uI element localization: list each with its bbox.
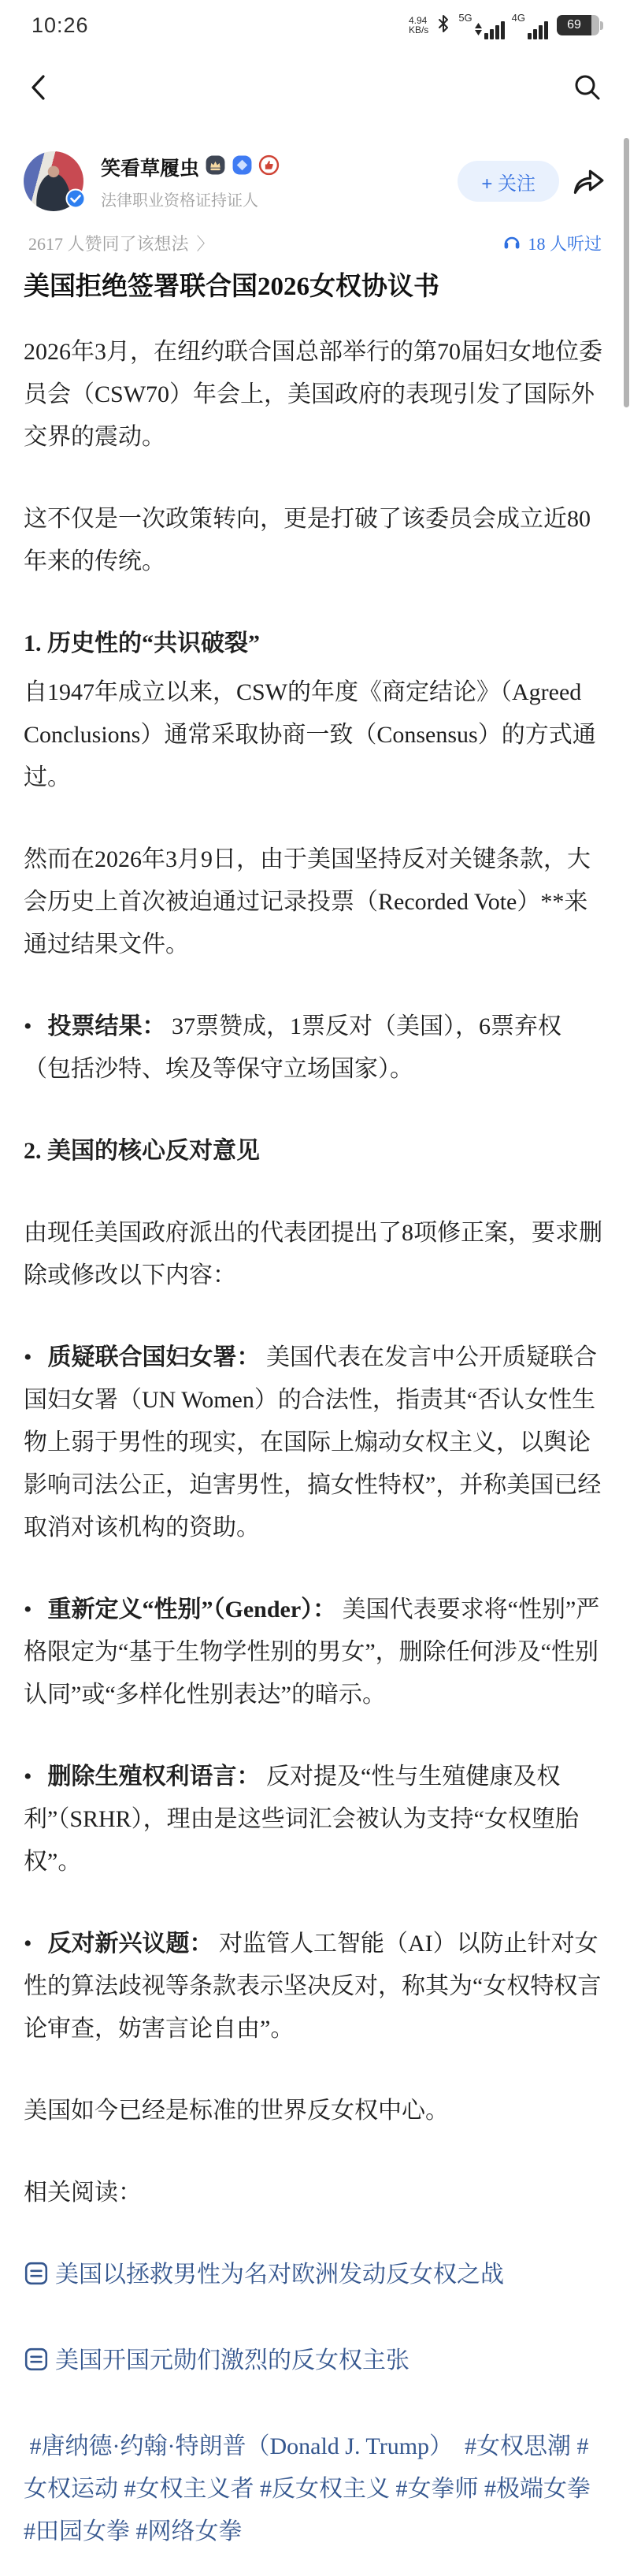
bullet-dot: • <box>24 1931 32 1957</box>
avatar[interactable] <box>24 151 83 211</box>
status-bar: 10:26 4.94 KB/s 5G 4G <box>0 0 630 46</box>
section-heading: 1. 历史性的“共识破裂” <box>24 623 606 665</box>
upvote-count-link[interactable]: 2617 人赞同了该想法 〉 <box>24 230 219 256</box>
net-type-label: 4G <box>512 12 525 24</box>
back-chevron-icon <box>27 72 50 106</box>
article-paragraph: 相关阅读： <box>24 2172 606 2214</box>
diamond-badge-icon <box>232 154 253 180</box>
bullet-label: 删除生殖权利语言： <box>48 1764 261 1790</box>
scrollbar-thumb[interactable] <box>624 138 629 407</box>
author-row: 笑看草履虫 法律职业资格证持证人 + 关注 <box>0 151 630 211</box>
related-link-text: 美国开国元勋们激烈的反女权主张 <box>55 2347 409 2373</box>
related-link[interactable]: 美国开国元勋们激烈的反女权主张 <box>24 2340 606 2386</box>
doc-icon <box>24 2344 49 2386</box>
bullet-item: •反对新兴议题： 对监管人工智能（AI）以防止针对女性的算法歧视等条款表示坚决反… <box>24 1923 606 2050</box>
article-paragraph: 这不仅是一次政策转向，更是打破了该委员会成立近80年来的传统。 <box>24 498 606 583</box>
bullet-dot: • <box>24 1344 32 1370</box>
bullet-item: •质疑联合国妇女署： 美国代表在发言中公开质疑联合国妇女署（UN Women）的… <box>24 1336 606 1549</box>
verified-badge-icon <box>65 188 86 213</box>
bullet-label: 质疑联合国妇女署： <box>48 1344 261 1370</box>
article-paragraph: 2026年3月，在纽约联合国总部举行的第70届妇女地位委员会（CSW70）年会上… <box>24 331 606 459</box>
bullet-item: •删除生殖权利语言： 反对提及“性与生殖健康及权利”（SRHR），理由是这些词汇… <box>24 1756 606 1883</box>
battery-icon: 69 <box>557 15 603 35</box>
bullet-dot: • <box>24 1597 32 1623</box>
battery-percent: 69 <box>557 15 591 35</box>
listen-count-text: 18 人听过 <box>528 231 602 255</box>
bullet-item: •投票结果： 37票赞成，1票反对（美国），6票弃权（包括沙特、埃及等保守立场国… <box>24 1005 606 1091</box>
share-button[interactable] <box>572 165 606 199</box>
clock: 10:26 <box>31 13 89 38</box>
signal-bars-icon <box>484 21 505 39</box>
related-link[interactable]: 美国以拯救男性为名对欧洲发动反女权之战 <box>24 2254 606 2300</box>
nav-bar <box>0 46 630 131</box>
thumb-badge-icon <box>258 154 280 180</box>
article-body: 2026年3月，在纽约联合国总部举行的第70届妇女地位委员会（CSW70）年会上… <box>0 331 630 2553</box>
status-icons: 4.94 KB/s 5G 4G <box>409 12 603 39</box>
hashtags[interactable]: #唐纳德·约翰·特朗普（Donald J. Trump） #女权思潮 #女权运动… <box>24 2425 606 2553</box>
bullet-label: 重新定义“性别”（Gender）： <box>48 1597 337 1623</box>
bluetooth-icon <box>435 13 451 38</box>
upvote-count-text: 2617 人赞同了该想法 <box>28 231 189 255</box>
net-type-label: 5G <box>458 12 472 24</box>
signal-4g: 4G <box>512 12 548 39</box>
signal-5g: 5G <box>458 12 504 39</box>
back-button[interactable] <box>27 72 50 106</box>
author-headline: 法律职业资格证持证人 <box>101 188 458 210</box>
section-heading: 2. 美国的核心反对意见 <box>24 1130 606 1173</box>
article-paragraph: 然而在2026年3月9日，由于美国坚持反对关键条款，大会历史上首次被迫通过记录投… <box>24 838 606 966</box>
bullet-text: 美国代表在发言中公开质疑联合国妇女署（UN Women）的合法性，指责其“否认女… <box>24 1344 601 1541</box>
search-button[interactable] <box>572 72 603 106</box>
related-link-text: 美国以拯救男性为名对欧洲发动反女权之战 <box>55 2262 504 2288</box>
share-arrow-icon <box>572 165 606 199</box>
doc-icon <box>24 2258 49 2300</box>
article-paragraph: 美国如今已经是标准的世界反女权中心。 <box>24 2090 606 2132</box>
bullet-item: •重新定义“性别”（Gender）： 美国代表要求将“性别”严格限定为“基于生物… <box>24 1589 606 1716</box>
crown-badge-icon <box>205 154 226 180</box>
signal-bars-icon <box>528 21 548 39</box>
article-title: 美国拒绝签署联合国2026女权协议书 <box>0 270 630 304</box>
author-info: 笑看草履虫 法律职业资格证持证人 <box>101 153 458 210</box>
network-speed: 4.94 KB/s <box>409 16 428 35</box>
bullet-dot: • <box>24 1013 32 1039</box>
headphones-icon <box>502 232 521 255</box>
bullet-label: 投票结果： <box>48 1013 166 1039</box>
article-paragraph: 自1947年成立以来，CSW的年度《商定结论》（Agreed Conclusio… <box>24 671 606 799</box>
data-arrows-icon <box>475 23 482 35</box>
bullet-label: 反对新兴议题： <box>48 1931 213 1957</box>
article-paragraph: 由现任美国政府派出的代表团提出了8项修正案，要求删除或修改以下内容： <box>24 1212 606 1297</box>
search-icon <box>572 72 603 106</box>
follow-button[interactable]: + 关注 <box>458 161 559 202</box>
listen-button[interactable]: 18 人听过 <box>498 230 606 256</box>
page: 10:26 4.94 KB/s 5G 4G <box>0 0 630 2576</box>
network-speed-unit: KB/s <box>409 25 428 35</box>
bullet-dot: • <box>24 1764 32 1790</box>
chevron-right-icon: 〉 <box>197 231 214 255</box>
author-name[interactable]: 笑看草履虫 <box>101 153 199 181</box>
meta-row: 2617 人赞同了该想法 〉 18 人听过 <box>0 230 630 256</box>
